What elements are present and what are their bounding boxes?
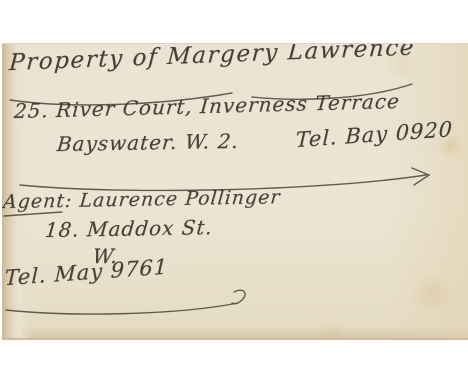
inscription-owner-name-line: Property of Margery Lawrence <box>8 43 416 76</box>
inscription-agent-name-line: Agent: Laurence Pollinger <box>2 186 281 213</box>
inscription-owner-district-line: Bayswater. W. 2. <box>56 129 240 156</box>
photograph-of-endpaper: Property of Margery Lawrence 25. River C… <box>2 43 468 340</box>
auction-catalog-image: { "meta": { "description": "Photograph o… <box>0 0 468 382</box>
inscription-owner-telephone: Tel. Bay 0920 <box>295 117 453 152</box>
flourish-bottom-curl <box>232 290 245 304</box>
inscription-agent-street-line: 18. Maddox St. <box>44 215 214 242</box>
flourish-bottom-sweep <box>6 303 238 314</box>
inscription-agent-telephone: Tel. May 9761 <box>4 255 168 291</box>
flourish-divider-arrow-tip <box>412 168 429 185</box>
inscription-owner-address-line: 25. River Court, Inverness Terrace <box>13 89 401 123</box>
